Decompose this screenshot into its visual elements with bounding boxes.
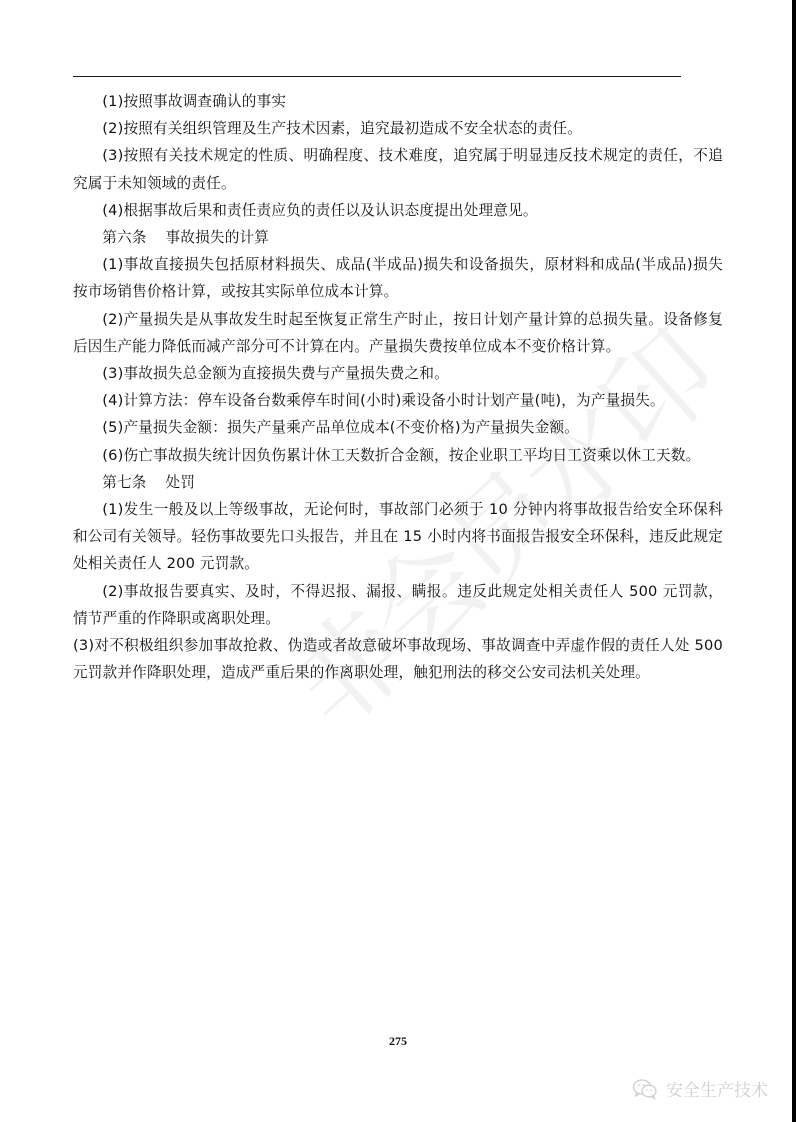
clause-5-item-1: (1)按照事故调查确认的事实 — [73, 88, 723, 115]
article-7-heading: 第七条处罚 — [73, 469, 723, 496]
article-7-item-1: (1)发生一般及以上等级事故，无论何时，事故部门必须于 10 分钟内将事故报告给… — [73, 496, 723, 578]
article-6-item-6: (6)伤亡事故损失统计因负伤累计休工天数折合金额，按企业职工平均日工资乘以休工天… — [73, 442, 723, 469]
article-7-item-2: (2)事故报告要真实、及时，不得迟报、漏报、瞒报。违反此规定处相关责任人 500… — [73, 578, 723, 632]
page-number: 275 — [0, 1034, 796, 1049]
brand-label: 安全生产技术 — [666, 1076, 768, 1101]
article-6-item-4: (4)计算方法：停车设备台数乘停车时间(小时)乘设备小时计划产量(吨)，为产量损… — [73, 387, 723, 414]
brand-tag: 安全生产技术 — [632, 1076, 768, 1101]
article-6-number: 第六条 — [102, 229, 146, 246]
clause-5-item-4: (4)根据事故后果和责任责应负的责任以及认识态度提出处理意见。 — [73, 197, 723, 224]
article-6-item-1: (1)事故直接损失包括原材料损失、成品(半成品)损失和设备损失，原材料和成品(半… — [73, 251, 723, 305]
clause-5-item-2: (2)按照有关组织管理及生产技术因素，追究最初造成不安全状态的责任。 — [73, 115, 723, 142]
article-7-title: 处罚 — [166, 474, 196, 491]
article-6-item-5: (5)产量损失金额：损失产量乘产品单位成本(不变价格)为产量损失金额。 — [73, 414, 723, 441]
document-body: (1)按照事故调查确认的事实 (2)按照有关组织管理及生产技术因素，追究最初造成… — [73, 88, 723, 686]
article-6-item-2: (2)产量损失是从事故发生时起至恢复正常生产时止，按日计划产量计算的总损失量。设… — [73, 306, 723, 360]
wechat-icon — [632, 1078, 658, 1100]
page-right-border — [792, 0, 796, 1122]
article-7-number: 第七条 — [102, 474, 146, 491]
article-6-heading: 第六条事故损失的计算 — [73, 224, 723, 251]
article-6-item-3: (3)事故损失总金额为直接损失费与产量损失费之和。 — [73, 360, 723, 387]
article-7-item-3: (3)对不积极组织参加事故抢救、伪造或者故意破坏事故现场、事故调查中弄虚作假的责… — [73, 632, 723, 686]
header-rule — [73, 76, 681, 77]
article-6-title: 事故损失的计算 — [166, 229, 270, 246]
clause-5-item-3: (3)按照有关技术规定的性质、明确程度、技术难度，追究属于明显违反技术规定的责任… — [73, 142, 723, 196]
